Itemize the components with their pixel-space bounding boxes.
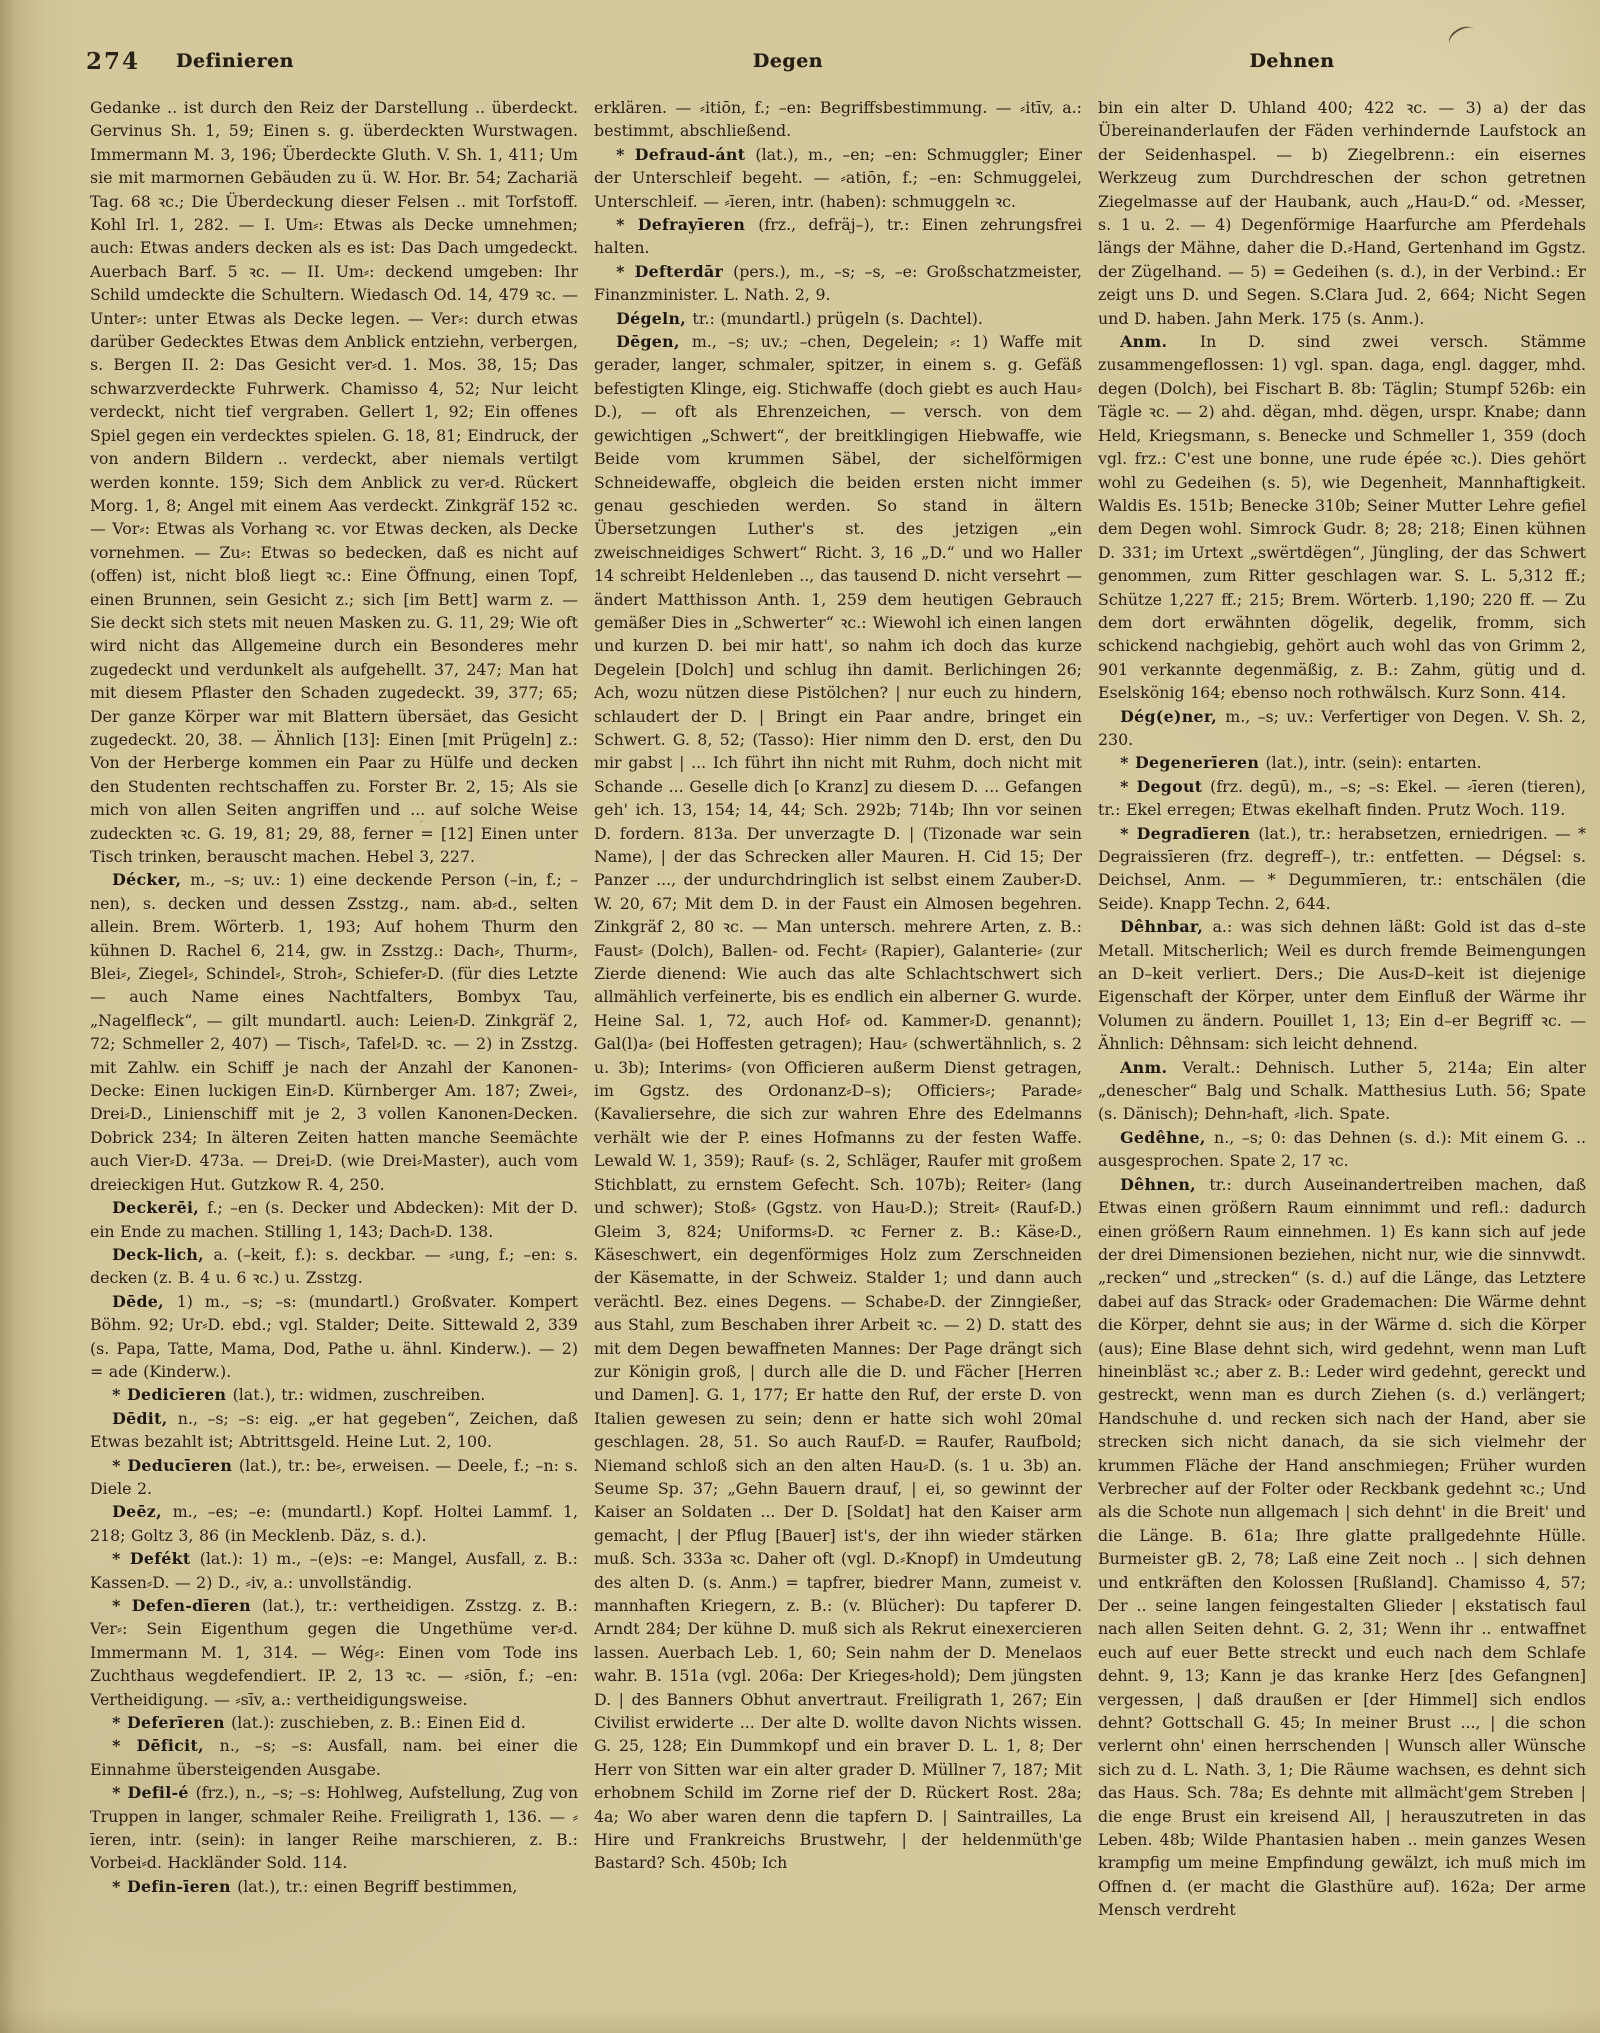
dictionary-entry: * Dedicīeren (lat.), tr.: widmen, zuschr…: [90, 1383, 578, 1406]
text-column-right: bin ein alter D. Uhland 400; 422 ꝛc. — 3…: [1098, 96, 1586, 1926]
continued-text: Gedanke .. ist durch den Reiz der Darste…: [90, 96, 578, 868]
entry-headword: Dég(e)ner,: [1120, 707, 1225, 726]
entry-headword: * Defen-dīeren: [112, 1596, 262, 1615]
entry-headword: * Deferīeren: [112, 1713, 231, 1732]
dictionary-entry: Anm. In D. sind zwei versch. Stämme zusa…: [1098, 330, 1586, 705]
entry-headword: * Degradīeren: [1120, 824, 1258, 843]
dictionary-entry: * Defil-é (frz.), n., –s; –s: Hohlweg, A…: [90, 1781, 578, 1875]
entry-headword: * Defékt: [112, 1549, 200, 1568]
entry-headword: Deck-lich,: [112, 1245, 213, 1264]
entry-headword: * Degout: [1120, 777, 1210, 796]
dictionary-entry: * Deferīeren (lat.): zuschieben, z. B.: …: [90, 1711, 578, 1734]
running-head-dehnen: Dehnen: [1249, 50, 1334, 72]
dictionary-entry: Anm. Veralt.: Dehnisch. Luther 5, 214a; …: [1098, 1056, 1586, 1126]
dictionary-entry: Dêhnbar, a.: was sich dehnen läßt: Gold …: [1098, 915, 1586, 1055]
entry-headword: Décker,: [112, 870, 190, 889]
dictionary-entry: Dégeln, tr.: (mundartl.) prügeln (s. Dac…: [594, 307, 1082, 330]
entry-headword: * Dēficit,: [112, 1736, 220, 1755]
entry-headword: Deēz,: [112, 1502, 173, 1521]
text-column-left: Gedanke .. ist durch den Reiz der Darste…: [90, 96, 578, 1926]
entry-headword: * Defterdār: [616, 262, 733, 281]
running-header: 274 Definieren Degen Dehnen: [0, 46, 1600, 82]
dictionary-entry: Dég(e)ner, m., –s; uv.: Verfertiger von …: [1098, 705, 1586, 752]
dictionary-entry: * Defékt (lat.): 1) m., –(e)s: –e: Mange…: [90, 1547, 578, 1594]
entry-headword: Dêhnen,: [1120, 1175, 1209, 1194]
dictionary-entry: * Defrayīeren (frz., defräj–), tr.: Eine…: [594, 213, 1082, 260]
entry-headword: * Defraud-ánt: [616, 145, 755, 164]
dictionary-entry: Deckerēi, f.; –en (s. Decker und Abdecke…: [90, 1196, 578, 1243]
entry-headword: * Degenerīeren: [1120, 753, 1265, 772]
dictionary-entry: * Defen-dīeren (lat.), tr.: vertheidigen…: [90, 1594, 578, 1711]
entry-headword: Dégeln,: [616, 309, 692, 328]
dictionary-entry: * Defterdār (pers.), m., –s; –s, –e: Gro…: [594, 260, 1082, 307]
entry-headword: Gedêhne,: [1120, 1128, 1214, 1147]
entry-headword: Deckerēi,: [112, 1198, 207, 1217]
dictionary-page-scan: 274 Definieren Degen Dehnen Gedanke .. i…: [0, 0, 1600, 2033]
dictionary-entry: Dēdit, n., –s; –s: eig. „er hat gegeben“…: [90, 1407, 578, 1454]
entry-headword: * Defil-é: [112, 1783, 195, 1802]
dictionary-entry: * Degout (frz. degū), m., –s; –s: Ekel. …: [1098, 775, 1586, 822]
entry-headword: Dēgen,: [616, 332, 692, 351]
running-head-definieren: Definieren: [176, 50, 294, 72]
entry-headword: Dēde,: [112, 1292, 177, 1311]
entry-headword: Dêhnbar,: [1120, 917, 1212, 936]
entry-headword: Anm.: [1120, 332, 1200, 351]
entry-headword: * Defrayīeren: [616, 215, 758, 234]
dictionary-entry: Gedêhne, n., –s; 0: das Dehnen (s. d.): …: [1098, 1126, 1586, 1173]
dictionary-entry: Dēde, 1) m., –s; –s: (mundartl.) Großvat…: [90, 1290, 578, 1384]
dictionary-entry: * Defraud-ánt (lat.), m., –en; –en: Schm…: [594, 143, 1082, 213]
page-number: 274: [86, 48, 140, 75]
dictionary-entry: * Degradīeren (lat.), tr.: herabsetzen, …: [1098, 822, 1586, 916]
dictionary-entry: Dēgen, m., –s; uv.; –chen, Degelein; ⸗: …: [594, 330, 1082, 1875]
dictionary-entry: * Degenerīeren (lat.), intr. (sein): ent…: [1098, 751, 1586, 774]
entry-headword: Anm.: [1120, 1058, 1182, 1077]
entry-headword: Dēdit,: [112, 1409, 178, 1428]
dictionary-entry: Deēz, m., –es; –e: (mundartl.) Kopf. Hol…: [90, 1500, 578, 1547]
continued-text: bin ein alter D. Uhland 400; 422 ꝛc. — 3…: [1098, 96, 1586, 330]
dictionary-entry: Dêhnen, tr.: durch Auseinandertreiben ma…: [1098, 1173, 1586, 1922]
dictionary-entry: * Dēficit, n., –s; –s: Ausfall, nam. bei…: [90, 1734, 578, 1781]
dictionary-entry: * Defin-īeren (lat.), tr.: einen Begriff…: [90, 1875, 578, 1898]
dictionary-entry: Décker, m., –s; uv.: 1) eine deckende Pe…: [90, 868, 578, 1196]
entry-headword: * Deducīeren: [112, 1456, 239, 1475]
dictionary-entry: Deck-lich, a. (–keit, f.): s. deckbar. —…: [90, 1243, 578, 1290]
dictionary-entry: * Deducīeren (lat.), tr.: be⸗, erweisen.…: [90, 1454, 578, 1501]
text-column-middle: erklären. — ⸗itiōn, f.; –en: Begriffsbes…: [594, 96, 1082, 1926]
entry-headword: * Defin-īeren: [112, 1877, 237, 1896]
running-head-degen: Degen: [753, 50, 823, 72]
entry-headword: * Dedicīeren: [112, 1385, 232, 1404]
text-columns: Gedanke .. ist durch den Reiz der Darste…: [90, 96, 1586, 1926]
continued-text: erklären. — ⸗itiōn, f.; –en: Begriffsbes…: [594, 96, 1082, 143]
